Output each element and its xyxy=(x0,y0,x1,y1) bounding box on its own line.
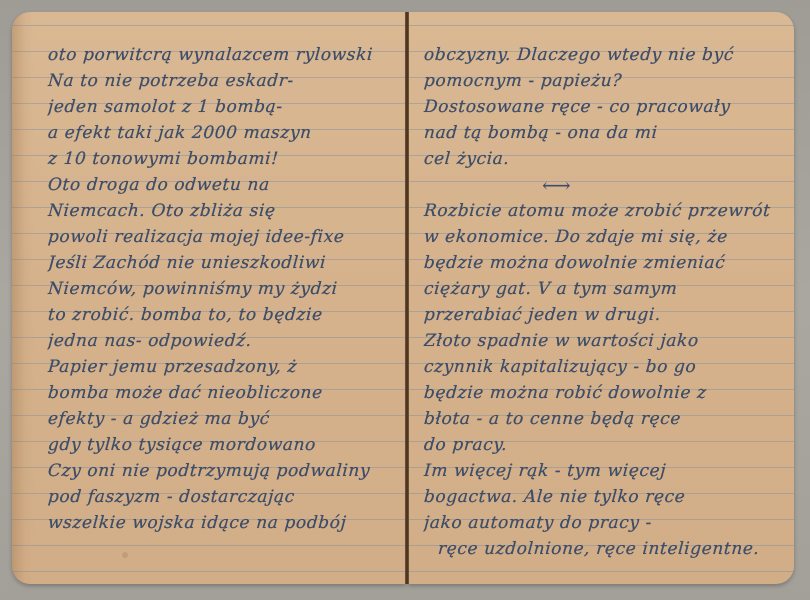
handwritten-line: Oto droga do odwetu na xyxy=(47,172,397,198)
handwritten-line: efekty - a gdzież ma być xyxy=(47,406,397,432)
handwritten-line: Papier jemu przesadzony, ż xyxy=(47,354,397,380)
handwritten-line: Rozbicie atomu może zrobić przewrót xyxy=(423,198,781,224)
left-page-text: oto porwitcrą wynalazcem rylowski Na to … xyxy=(48,42,396,536)
handwritten-line: z 10 tonowymi bombami! xyxy=(47,146,397,172)
handwritten-line: pomocnym - papieżu? xyxy=(423,68,781,94)
handwritten-line: Niemców, powinniśmy my żydzi xyxy=(47,276,397,302)
handwritten-line: wszelkie wojska idące na podbój xyxy=(47,510,397,536)
handwritten-line: pod faszyzm - dostarczając xyxy=(47,484,397,510)
handwritten-line: cel życia. xyxy=(423,146,781,172)
handwritten-line: oto porwitcrą wynalazcem rylowski xyxy=(47,42,397,68)
open-notebook: oto porwitcrą wynalazcem rylowski Na to … xyxy=(12,12,798,587)
handwritten-line: powoli realizacja mojej idee-fixe xyxy=(47,224,397,250)
handwritten-line: ciężary gat. V a tym samym xyxy=(423,276,781,302)
notebook-spine xyxy=(405,12,409,584)
handwritten-line: jako automaty do pracy - xyxy=(423,510,781,536)
handwritten-line: obczyzny. Dlaczego wtedy nie być xyxy=(423,42,781,68)
ink-spot xyxy=(122,552,128,558)
handwritten-line: Jeśli Zachód nie unieszkodliwi xyxy=(47,250,397,276)
handwritten-line: gdy tylko tysiące mordowano xyxy=(47,432,397,458)
handwritten-line: Złoto spadnie w wartości jako xyxy=(423,328,781,354)
handwritten-line: czynnik kapitalizujący - bo go xyxy=(423,354,781,380)
handwritten-line: będzie można dowolnie zmieniać xyxy=(423,250,781,276)
handwritten-line: błota - a to cenne będą ręce xyxy=(423,406,781,432)
handwritten-line: będzie można robić dowolnie z xyxy=(423,380,781,406)
handwritten-line: bogactwa. Ale nie tylko ręce xyxy=(423,484,781,510)
double-arrow-icon: ⟷ xyxy=(424,172,780,198)
handwritten-line: jedna nas- odpowiedź. xyxy=(47,328,397,354)
handwritten-line: nad tą bombą - ona da mi xyxy=(423,120,781,146)
handwritten-line: Dostosowane ręce - co pracowały xyxy=(423,94,781,120)
handwritten-line: a efekt taki jak 2000 maszyn xyxy=(47,120,397,146)
handwritten-line: w ekonomice. Do zdaje mi się, że xyxy=(423,224,781,250)
left-page: oto porwitcrą wynalazcem rylowski Na to … xyxy=(12,12,406,584)
right-page: obczyzny. Dlaczego wtedy nie być pomocny… xyxy=(408,12,794,584)
handwritten-line: bomba może dać nieobliczone xyxy=(47,380,397,406)
handwritten-line: to zrobić. bomba to, to będzie xyxy=(47,302,397,328)
handwritten-line: ręce uzdolnione, ręce inteligentne. xyxy=(423,536,781,562)
handwritten-line: do pracy. xyxy=(423,432,781,458)
right-page-text: obczyzny. Dlaczego wtedy nie być pomocny… xyxy=(424,42,780,562)
handwritten-line: Niemcach. Oto zbliża się xyxy=(47,198,397,224)
handwritten-line: Na to nie potrzeba eskadr- xyxy=(47,68,397,94)
handwritten-line: przerabiać jeden w drugi. xyxy=(423,302,781,328)
handwritten-line: jeden samolot z 1 bombą- xyxy=(47,94,397,120)
handwritten-line: Im więcej rąk - tym więcej xyxy=(423,458,781,484)
handwritten-line: Czy oni nie podtrzymują podwaliny xyxy=(47,458,397,484)
